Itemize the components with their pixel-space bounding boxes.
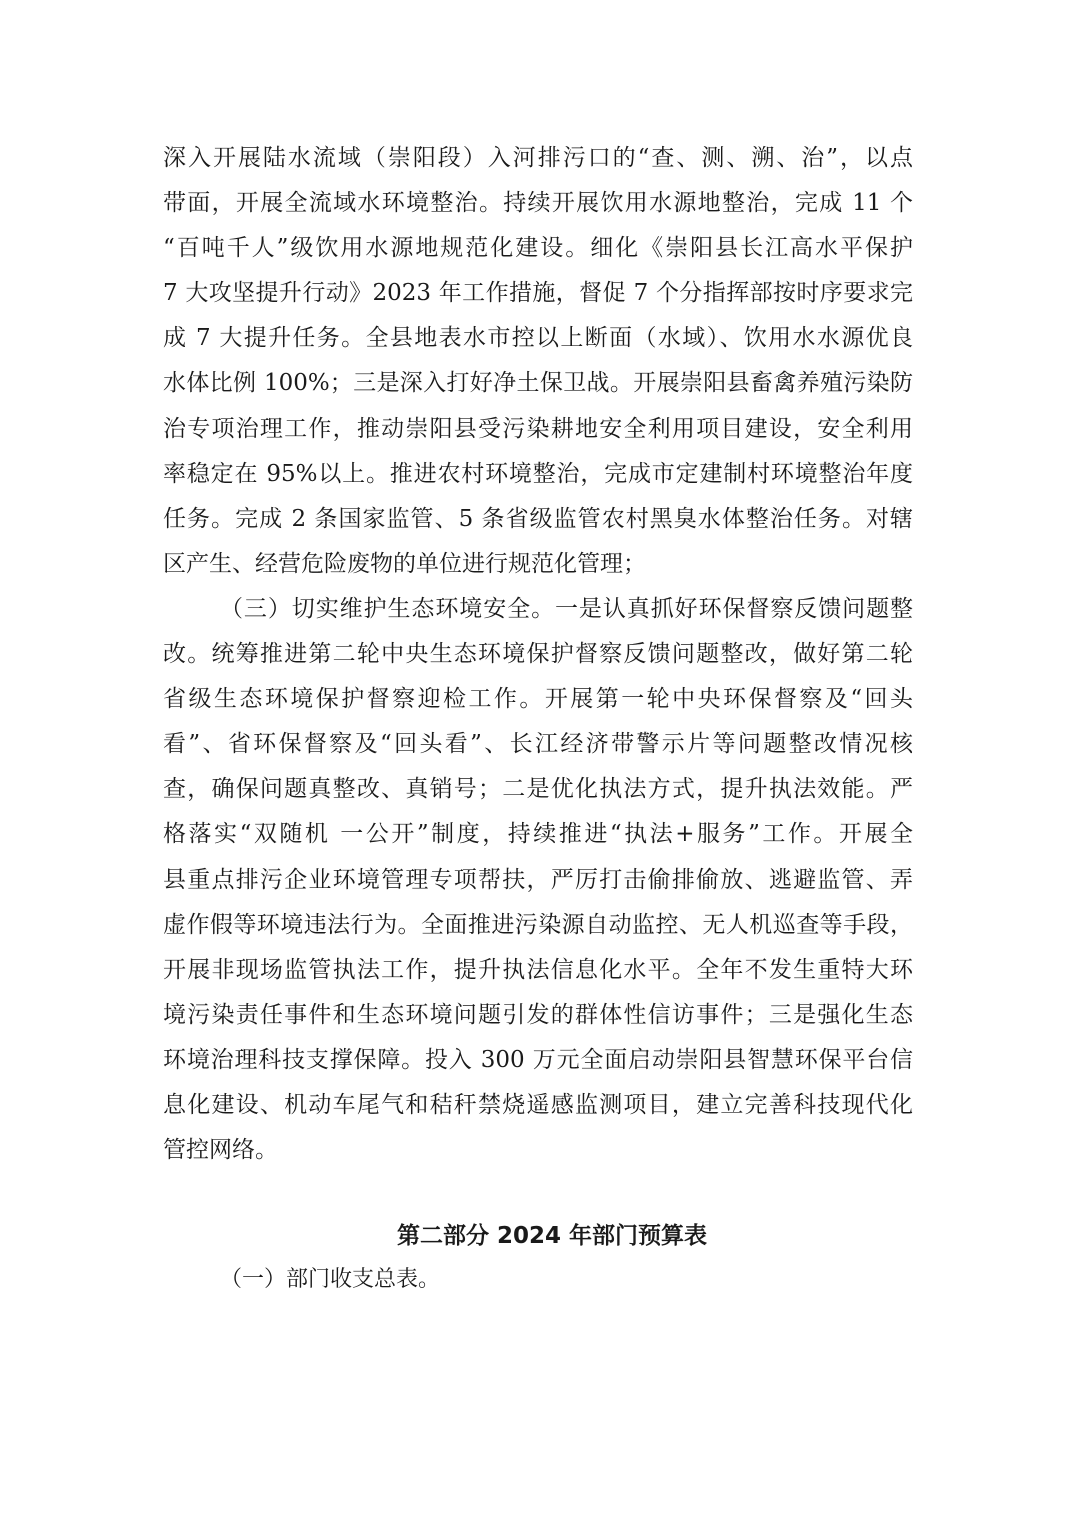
- text-line: 7 大攻坚提升行动》2023 年工作措施，督促 7 个分指挥部按时序要求完: [163, 271, 913, 316]
- paragraph-heading-line: （三）切实维护生态环境安全。一是认真抓好环保督察反馈问题整: [163, 587, 913, 632]
- text-line: 带面，开展全流域水环境整治。持续开展饮用水源地整治，完成 11 个: [163, 181, 913, 226]
- document-page: 深入开展陆水流域（崇阳段）入河排污口的“查、测、溯、治”，以点 带面，开展全流域…: [0, 0, 1074, 1520]
- body-text: 深入开展陆水流域（崇阳段）入河排污口的“查、测、溯、治”，以点 带面，开展全流域…: [163, 136, 913, 1173]
- section-heading: 第二部分 2024 年部门预算表: [0, 1218, 1074, 1254]
- text-line: 查，确保问题真整改、真销号；二是优化执法方式，提升执法效能。严: [163, 767, 913, 812]
- text-line: 率稳定在 95%以上。推进农村环境整治，完成市定建制村环境整治年度: [163, 452, 913, 497]
- text-line: 开展非现场监管执法工作，提升执法信息化水平。全年不发生重特大环: [163, 948, 913, 993]
- text-line: 任务。完成 2 条国家监管、5 条省级监管农村黑臭水体整治任务。对辖: [163, 497, 913, 542]
- text-line: 区产生、经营危险废物的单位进行规范化管理；: [163, 542, 913, 587]
- text-line: 省级生态环境保护督察迎检工作。开展第一轮中央环保督察及“回头: [163, 677, 913, 722]
- text-line: 格落实“双随机 一公开”制度，持续推进“执法+服务”工作。开展全: [163, 812, 913, 857]
- text-line: 息化建设、机动车尾气和秸秆禁烧遥感监测项目，建立完善科技现代化: [163, 1083, 913, 1128]
- text-line: 改。统筹推进第二轮中央生态环境保护督察反馈问题整改，做好第二轮: [163, 632, 913, 677]
- text-line: 环境治理科技支撑保障。投入 300 万元全面启动崇阳县智慧环保平台信: [163, 1038, 913, 1083]
- text-line: 成 7 大提升任务。全县地表水市控以上断面（水域）、饮用水水源优良: [163, 316, 913, 361]
- text-line: 虚作假等环境违法行为。全面推进污染源自动监控、无人机巡查等手段，: [163, 903, 913, 948]
- text-line: 县重点排污企业环境管理专项帮扶，严厉打击偷排偷放、逃避监管、弄: [163, 858, 913, 903]
- text-line: 治专项治理工作，推动崇阳县受污染耕地安全利用项目建设，安全利用: [163, 407, 913, 452]
- text-line: 深入开展陆水流域（崇阳段）入河排污口的“查、测、溯、治”，以点: [163, 136, 913, 181]
- text-line: “百吨千人”级饮用水源地规范化建设。细化《崇阳县长江高水平保护: [163, 226, 913, 271]
- text-line: 管控网络。: [163, 1128, 913, 1173]
- text-line: 境污染责任事件和生态环境问题引发的群体性信访事件；三是强化生态: [163, 993, 913, 1038]
- text-line: 看”、省环保督察及“回头看”、长江经济带警示片等问题整改情况核: [163, 722, 913, 767]
- subsection-title: （一）部门收支总表。: [220, 1262, 440, 1298]
- text-line: 水体比例 100%；三是深入打好净土保卫战。开展崇阳县畜禽养殖污染防: [163, 361, 913, 406]
